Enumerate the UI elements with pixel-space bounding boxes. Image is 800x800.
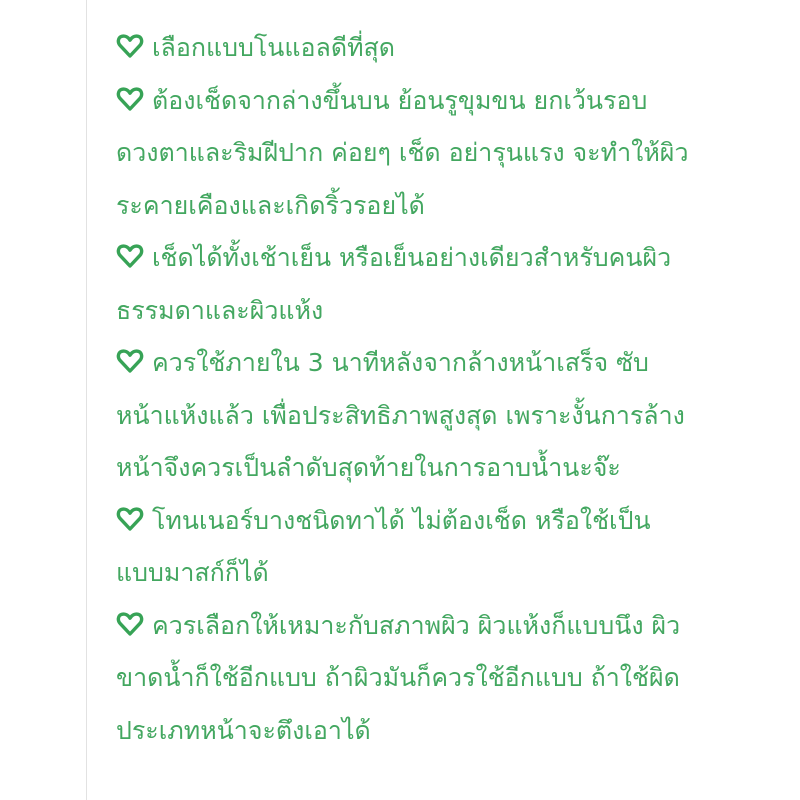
tip-item-3: เช็ดได้ทั้งเช้าเย็น หรือเย็นอย่างเดียวสำ…: [116, 232, 696, 337]
toner-tips-list: เลือกแบบโนแอลดีที่สุด ต้องเช็ดจากล่างขึ้…: [116, 22, 696, 757]
heart-outline-icon: [116, 506, 144, 532]
heart-outline-icon: [116, 86, 144, 112]
heart-outline-icon: [116, 33, 144, 59]
heart-outline-icon: [116, 243, 144, 269]
tip-text: เลือกแบบโนแอลดีที่สุด: [152, 33, 395, 62]
tip-item-4: ควรใช้ภายใน 3 นาทีหลังจากล้างหน้าเสร็จ ซ…: [116, 337, 696, 495]
tip-item-2: ต้องเช็ดจากล่างขึ้นบน ย้อนรูขุมขน ยกเว้น…: [116, 75, 696, 233]
heart-outline-icon: [116, 611, 144, 637]
tip-item-6: ควรเลือกให้เหมาะกับสภาพผิว ผิวแห้งก็แบบน…: [116, 600, 696, 758]
left-border-rule: [86, 0, 87, 800]
tip-item-1: เลือกแบบโนแอลดีที่สุด: [116, 22, 696, 75]
tip-item-5: โทนเนอร์บางชนิดทาได้ ไม่ต้องเช็ด หรือใช้…: [116, 495, 696, 600]
heart-outline-icon: [116, 348, 144, 374]
tip-text: ควรใช้ภายใน 3 นาทีหลังจากล้างหน้าเสร็จ ซ…: [116, 348, 685, 482]
tip-text: ต้องเช็ดจากล่างขึ้นบน ย้อนรูขุมขน ยกเว้น…: [116, 86, 689, 220]
tip-text: เช็ดได้ทั้งเช้าเย็น หรือเย็นอย่างเดียวสำ…: [116, 243, 671, 325]
tip-text: ควรเลือกให้เหมาะกับสภาพผิว ผิวแห้งก็แบบน…: [116, 611, 680, 745]
tip-text: โทนเนอร์บางชนิดทาได้ ไม่ต้องเช็ด หรือใช้…: [116, 506, 651, 588]
